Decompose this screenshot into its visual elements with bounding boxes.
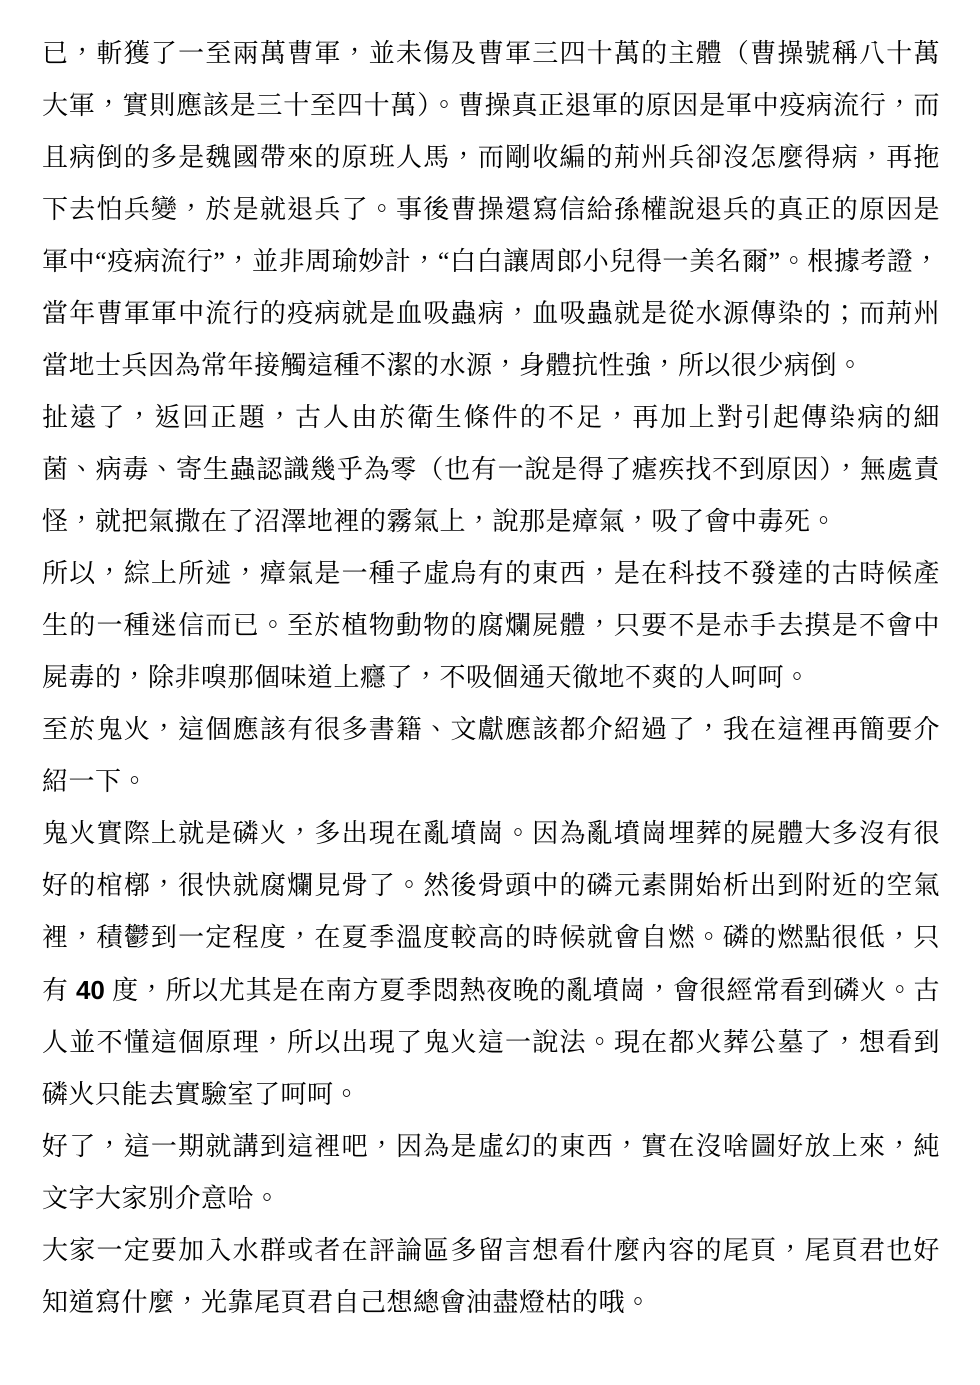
document-body: 已，斬獲了一至兩萬曹軍，並未傷及曹軍三四十萬的主體（曹操號稱八十萬大軍，實則應該… xyxy=(42,28,940,1329)
paragraph: 至於鬼火，這個應該有很多書籍、文獻應該都介紹過了，我在這裡再簡要介紹一下。 xyxy=(42,704,940,808)
document-page: 已，斬獲了一至兩萬曹軍，並未傷及曹軍三四十萬的主體（曹操號稱八十萬大軍，實則應該… xyxy=(0,0,980,1385)
text-run: 大家一定要加入水群或者在評論區多留言想看什麼內容的尾頁，尾頁君也好知道寫什麼，光… xyxy=(42,1236,940,1317)
paragraph: 扯遠了，返回正題，古人由於衛生條件的不足，再加上對引起傳染病的細菌、病毒、寄生蟲… xyxy=(42,392,940,548)
text-run: 好了，這一期就講到這裡吧，因為是虛幻的東西，實在沒啥圖好放上來，純文字大家別介意… xyxy=(42,1132,940,1213)
paragraph: 已，斬獲了一至兩萬曹軍，並未傷及曹軍三四十萬的主體（曹操號稱八十萬大軍，實則應該… xyxy=(42,28,940,392)
text-run: 所以，綜上所述，瘴氣是一種子虛烏有的東西，是在科技不發達的古時候產生的一種迷信而… xyxy=(42,559,940,692)
text-run-bold: 40 xyxy=(76,975,105,1005)
text-run: 至於鬼火，這個應該有很多書籍、文獻應該都介紹過了，我在這裡再簡要介紹一下。 xyxy=(42,715,940,796)
paragraph: 鬼火實際上就是磷火，多出現在亂墳崗。因為亂墳崗埋葬的屍體大多沒有很好的棺槨，很快… xyxy=(42,808,940,1121)
paragraph: 好了，這一期就講到這裡吧，因為是虛幻的東西，實在沒啥圖好放上來，純文字大家別介意… xyxy=(42,1121,940,1225)
paragraph: 大家一定要加入水群或者在評論區多留言想看什麼內容的尾頁，尾頁君也好知道寫什麼，光… xyxy=(42,1225,940,1329)
text-run: 已，斬獲了一至兩萬曹軍，並未傷及曹軍三四十萬的主體（曹操號稱八十萬大軍，實則應該… xyxy=(42,39,940,380)
paragraph: 所以，綜上所述，瘴氣是一種子虛烏有的東西，是在科技不發達的古時候產生的一種迷信而… xyxy=(42,548,940,704)
text-run: 度，所以尤其是在南方夏季悶熱夜晚的亂墳崗，會很經常看到磷火。古人並不懂這個原理，… xyxy=(42,976,940,1109)
text-run: 扯遠了，返回正題，古人由於衛生條件的不足，再加上對引起傳染病的細菌、病毒、寄生蟲… xyxy=(42,403,940,536)
